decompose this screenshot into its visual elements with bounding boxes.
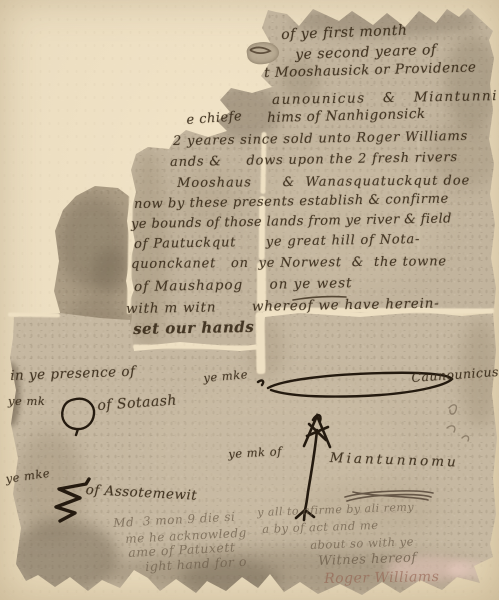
deed-text-line: set our hands xyxy=(133,320,254,337)
tear-crack xyxy=(255,312,265,374)
sotaash-mark-label: ye mk xyxy=(8,396,45,408)
deed-text-line: with m witn whereof we have herein- xyxy=(126,298,440,317)
deed-text-line: Mooshaus & Wanasquatuckqut doe xyxy=(177,174,470,190)
stain xyxy=(8,520,118,595)
stain xyxy=(92,248,128,294)
deed-text-line: of ye first month xyxy=(281,24,408,42)
pink-smudge xyxy=(448,560,488,580)
deed-photograph: of ye first month ye second yeare of t M… xyxy=(0,0,499,600)
deed-text-line: quonckanet on ye Norwest & the towne xyxy=(131,255,447,271)
deed-text-line: e chiefe xyxy=(186,110,243,127)
tear-crack xyxy=(8,313,60,318)
witness-hereof-line: Witnes hereof xyxy=(318,552,417,568)
tear-crack xyxy=(127,186,133,314)
tear-crack xyxy=(133,344,259,349)
roger-williams-signature: Roger Williams xyxy=(324,570,439,586)
stain xyxy=(445,35,499,130)
miantonomi-mark-label: ye mk of xyxy=(228,446,282,460)
